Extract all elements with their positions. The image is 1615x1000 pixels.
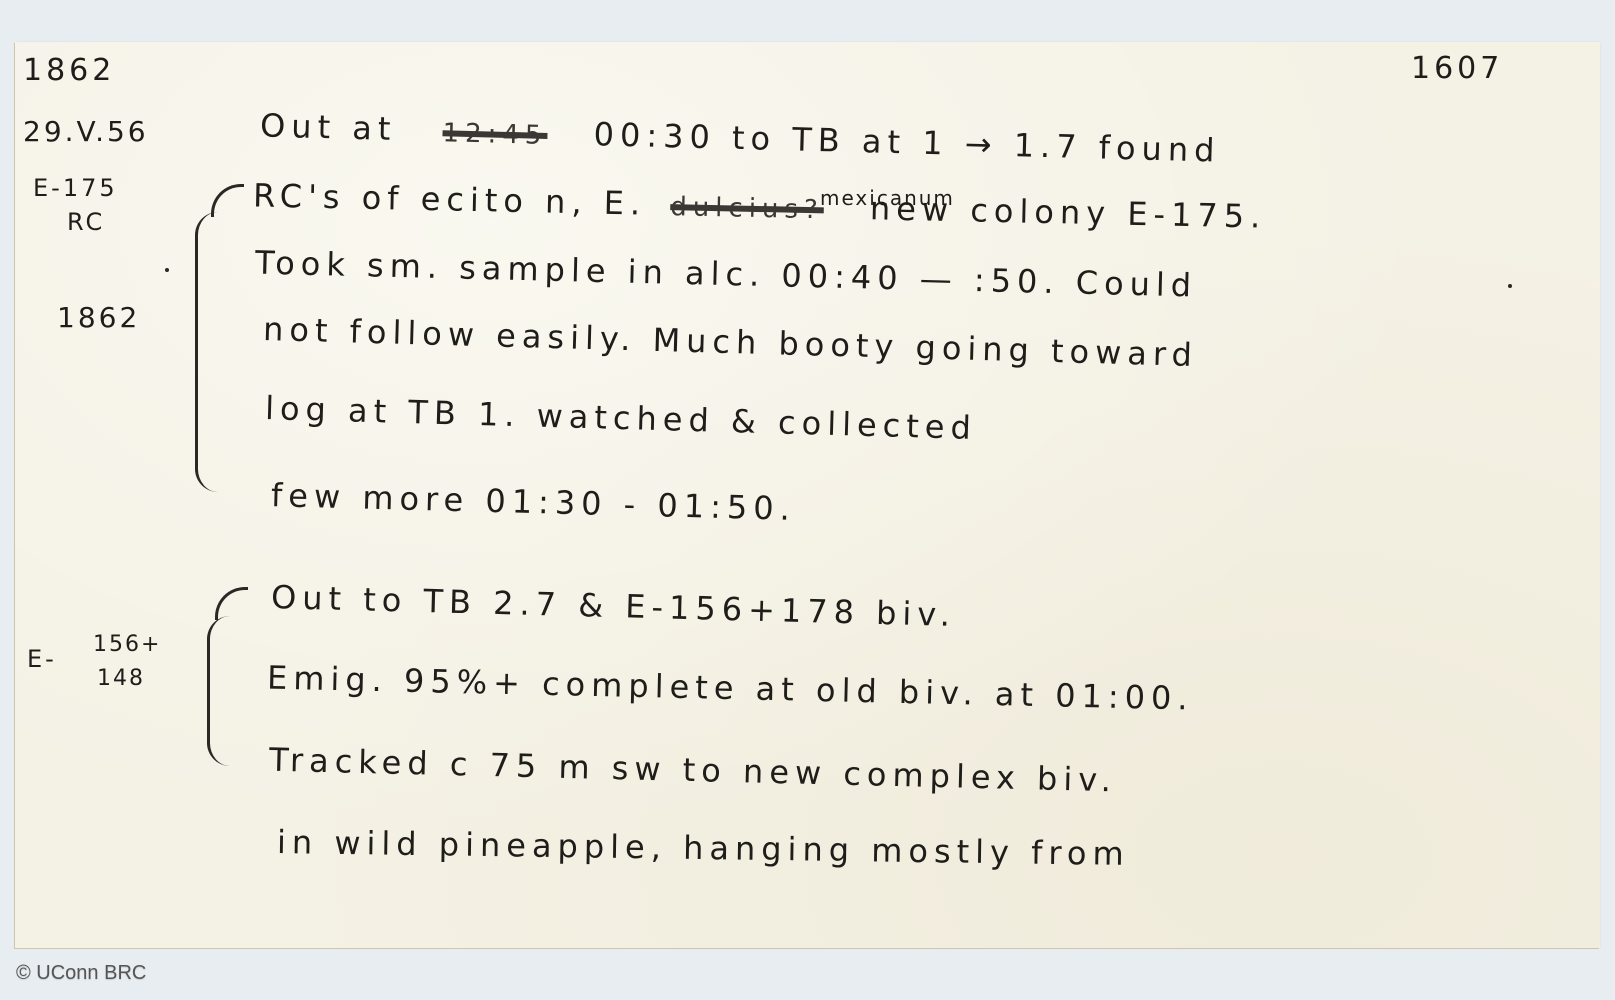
margin-colony-1-number: 1862 bbox=[57, 304, 140, 332]
brace-2-top bbox=[215, 587, 248, 620]
margin-colony-1-sub: RC bbox=[67, 210, 105, 234]
note-line-7: Out to TB 2.7 & E-156+178 biv. bbox=[271, 581, 957, 631]
margin-colony-2-bottom: 148 bbox=[97, 668, 145, 690]
note-line-10: in wild pineapple, hanging mostly from bbox=[277, 826, 1130, 870]
note-line-9: Tracked c 75 m sw to new complex biv. bbox=[269, 744, 1118, 797]
note-line-4: not follow easily. Much booty going towa… bbox=[263, 313, 1199, 371]
brace-1 bbox=[195, 212, 218, 492]
note-line-5: log at TB 1. watched & collected bbox=[265, 392, 978, 444]
margin-colony-2-top: 156+ bbox=[93, 634, 161, 656]
struck-time: 12:45 bbox=[442, 118, 548, 151]
note-line-1: Out at 12:45 00:30 to TB at 1 → 1.7 foun… bbox=[260, 109, 1221, 166]
card-top-right-number: 1607 bbox=[1411, 54, 1503, 84]
margin-colony-1: E-175 bbox=[33, 176, 118, 200]
note-line-3: Took sm. sample in alc. 00:40 — :50. Cou… bbox=[255, 246, 1198, 301]
brace-2 bbox=[207, 616, 230, 766]
copyright-notice: © UConn BRC bbox=[16, 962, 146, 985]
line-1-end: 00:30 to TB at 1 → 1.7 found bbox=[593, 115, 1221, 169]
struck-species: dulcius? bbox=[670, 192, 824, 225]
line-2-start: RC's of ecito n, E. bbox=[253, 176, 647, 222]
line-1-start: Out at bbox=[260, 106, 397, 148]
margin-colony-2-prefix: E- bbox=[27, 647, 57, 671]
margin-date: 29.V.56 bbox=[23, 118, 149, 146]
note-line-6: few more 01:30 - 01:50. bbox=[271, 479, 797, 525]
note-line-8: Emig. 95%+ complete at old biv. at 01:00… bbox=[267, 661, 1194, 714]
ink-dot bbox=[165, 268, 169, 272]
note-line-2: RC's of ecito n, E. dulcius? new colony … bbox=[253, 179, 1267, 232]
ink-dot bbox=[1508, 284, 1512, 288]
field-note-card: 1862 1607 29.V.56 E-175 RC 1862 E- 156+ … bbox=[15, 42, 1600, 948]
card-top-left-number: 1862 bbox=[23, 56, 115, 86]
line-2-end: new colony E-175. bbox=[870, 189, 1267, 235]
